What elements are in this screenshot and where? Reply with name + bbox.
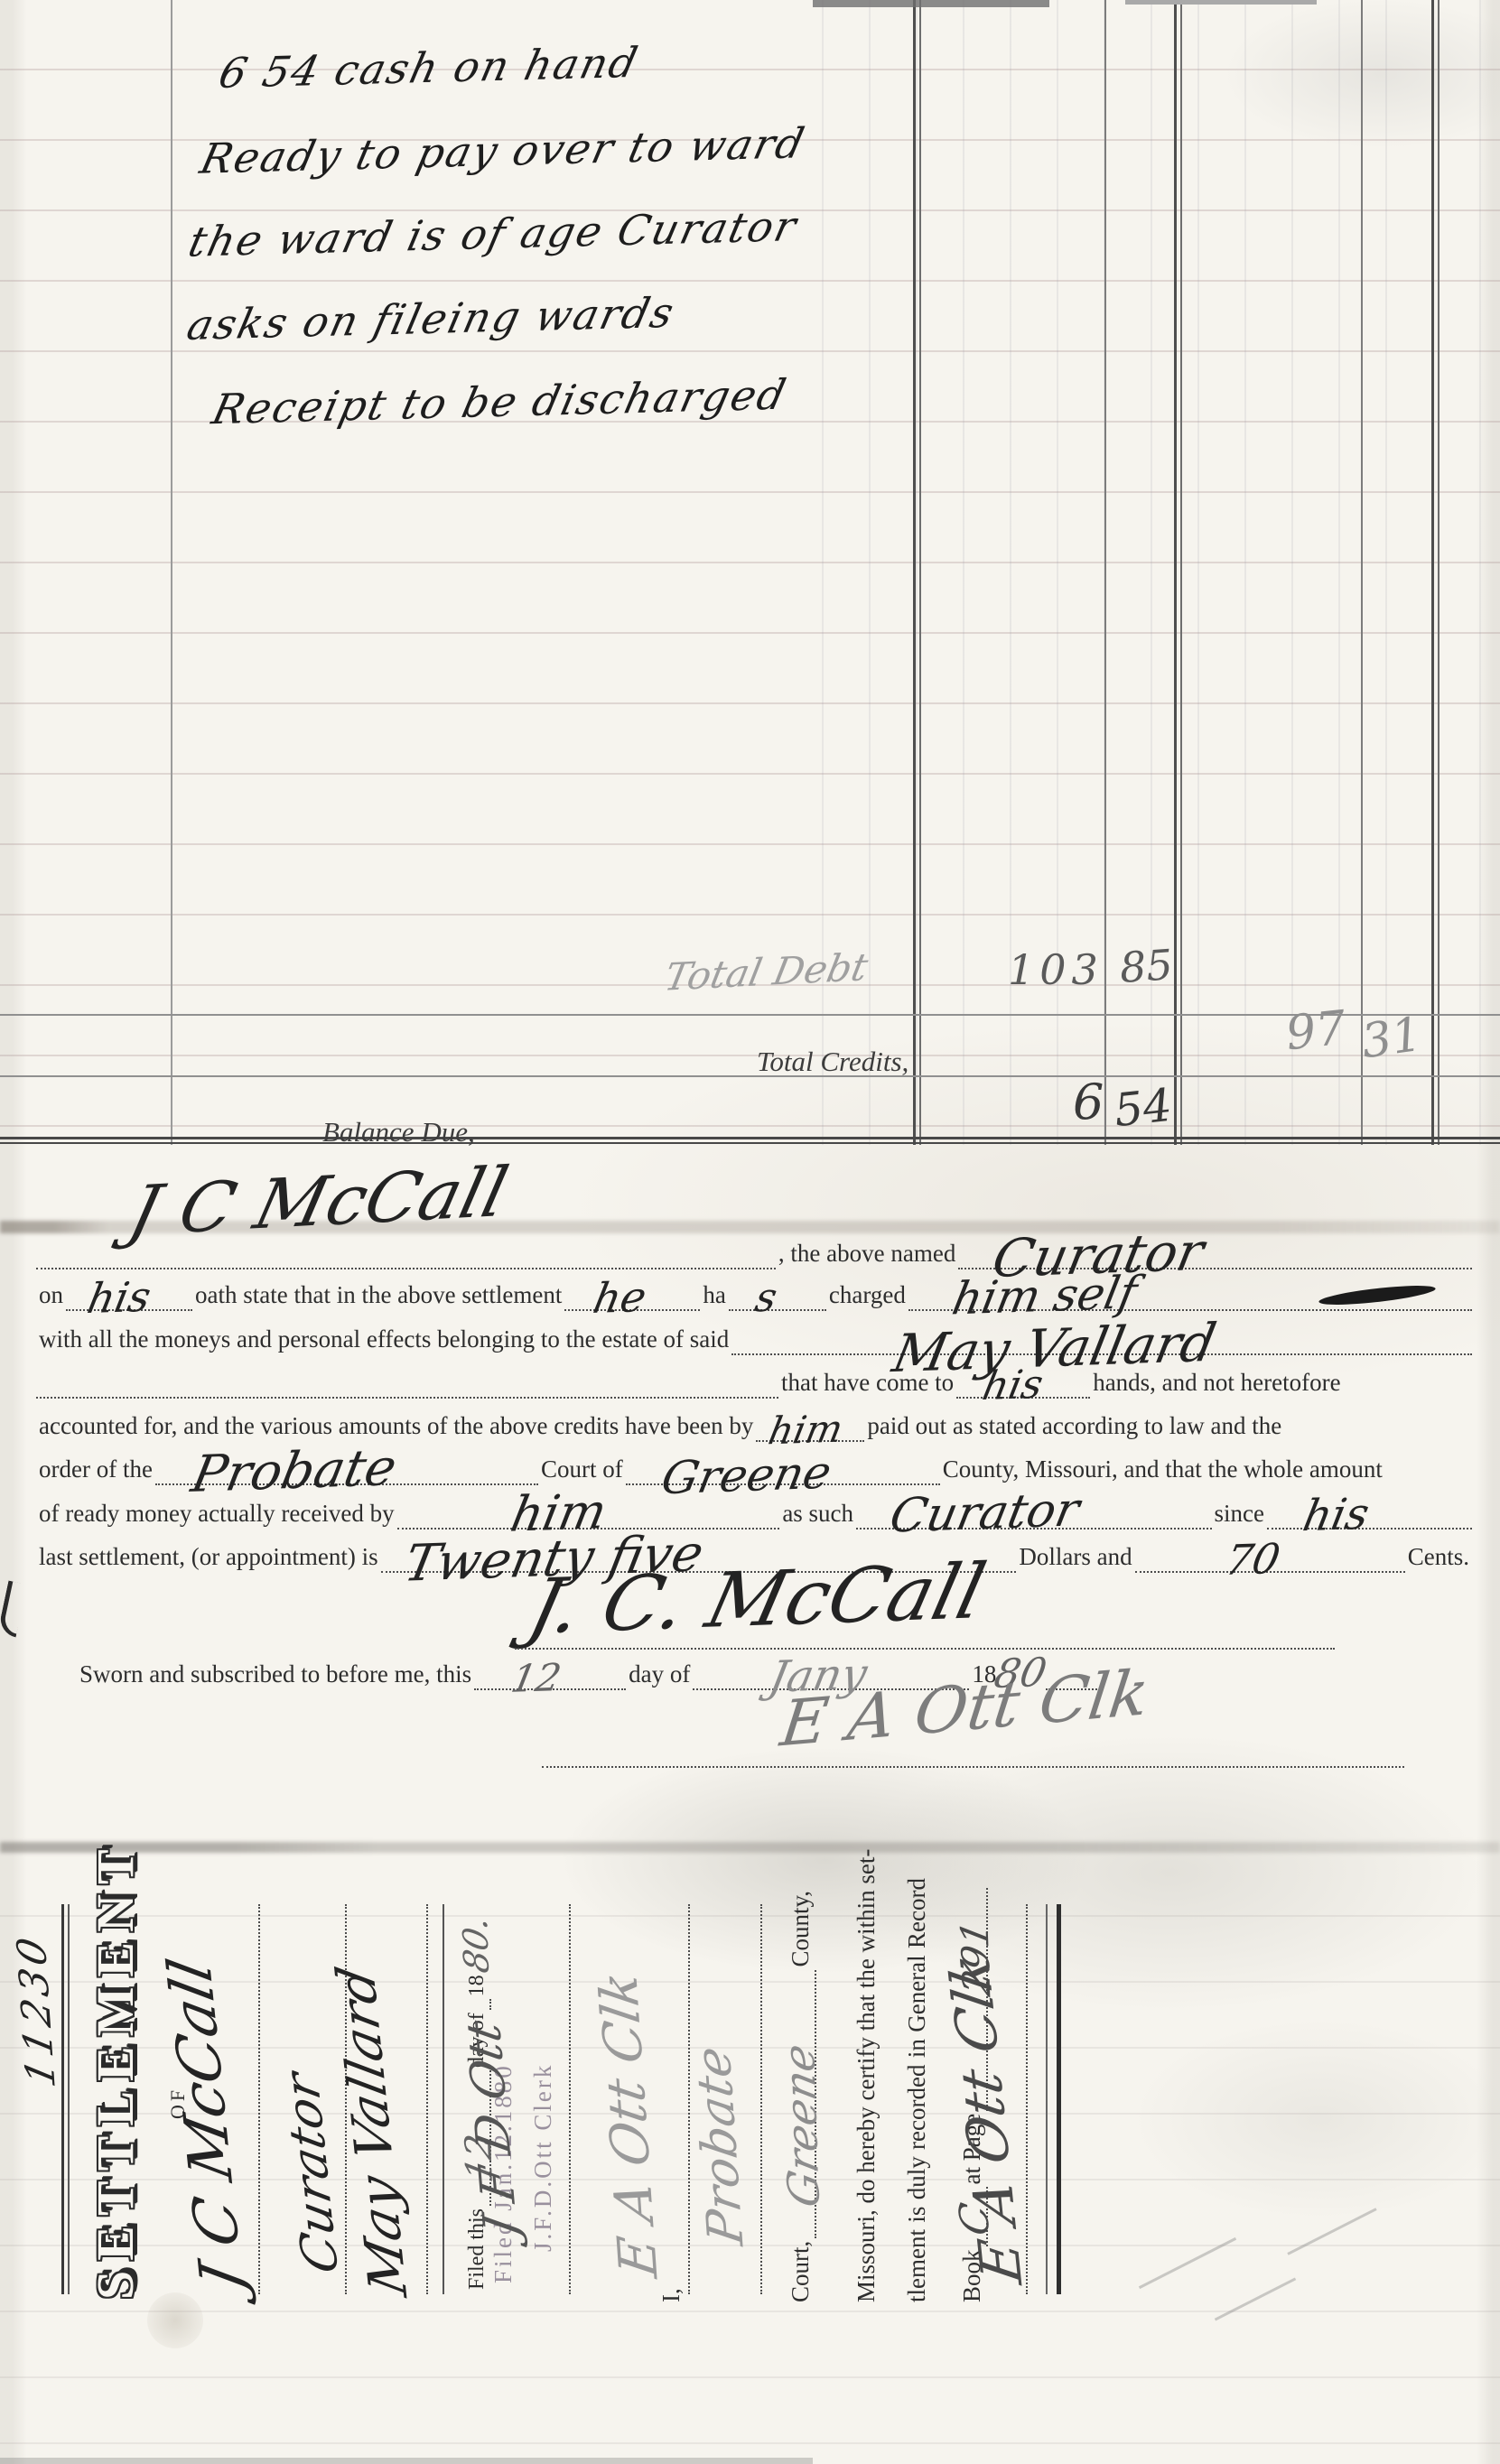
total-debt-dollars: 103: [1008, 955, 1104, 984]
handwritten-county: Greene: [783, 2041, 821, 2209]
handwritten-his: his: [86, 1280, 154, 1314]
form-line-4: that have come to his hands, and not her…: [36, 1366, 1472, 1399]
fill-line: May Vallard: [731, 1326, 1472, 1355]
clerk-stamp: J.F.D.Ott Clerk: [529, 2063, 557, 2252]
column-line: [1431, 0, 1434, 1145]
printed-text: oath state that in the above settlement: [192, 1281, 564, 1311]
balance-due-label: Balance Due,: [322, 1116, 475, 1148]
certification-text: Missouri, do hereby certify that the wit…: [852, 1875, 882, 2305]
affidavit-section: J C McCall , the above named Curator on …: [0, 1165, 1500, 1853]
printed-text: Court of: [538, 1455, 626, 1485]
filing-endorsement-panel: 11230 SETTLEMENT OF J C McCall Curator M…: [25, 1853, 1082, 2464]
printed-text: with all the moneys and personal effects…: [36, 1325, 731, 1355]
column-line: [919, 0, 921, 1145]
clerk-signature: E A Ott Clk: [778, 1671, 1151, 1747]
fill-line: he: [564, 1282, 700, 1311]
fill-line: s: [729, 1282, 826, 1311]
total-debt-label-handwritten: Total Debt: [663, 953, 870, 990]
printed-text: that have come to: [778, 1369, 956, 1399]
form-line-6: order of the Probate Court of Greene Cou…: [36, 1453, 1472, 1485]
scanned-settlement-document: 6 54 cash on hand Ready to pay over to w…: [0, 0, 1500, 2464]
panel-dotted-rule: [426, 1904, 428, 2294]
balance-due-cents: 54: [1113, 1090, 1173, 1127]
handwritten-his: his: [1300, 1498, 1371, 1532]
printed-text: Dollars and: [1016, 1543, 1134, 1573]
total-credits-label: Total Credits,: [757, 1046, 908, 1078]
printed-text: 18: [465, 1972, 491, 1999]
ledger-rule-double: [0, 1142, 1500, 1144]
fill-line: 12: [474, 1661, 626, 1690]
fill-line: him self: [908, 1282, 1472, 1311]
handwritten-his: his: [980, 1370, 1045, 1401]
court-county-line: Court, Greene County,: [782, 1888, 816, 2305]
filing-endorsement-rotated: 11230 SETTLEMENT OF J C McCall Curator M…: [25, 1853, 1082, 2464]
printed-text: since: [1212, 1500, 1267, 1530]
fill-line: [36, 1370, 778, 1399]
ink-blotch: [1318, 1281, 1437, 1309]
printed-text: of ready money actually received by: [36, 1500, 397, 1530]
handwritten-county-name: Greene: [659, 1455, 834, 1495]
column-line: [1104, 0, 1106, 1145]
printed-text: charged: [826, 1281, 908, 1311]
form-line-3: with all the moneys and personal effects…: [36, 1323, 1472, 1355]
handwritten-him: him: [508, 1493, 609, 1533]
balance-due-dollars: 6: [1073, 1085, 1104, 1120]
printed-text: hands, and not heretofore: [1090, 1369, 1343, 1399]
form-line-7: of ready money actually received by him …: [36, 1497, 1472, 1530]
fill-line: him: [397, 1501, 780, 1530]
printed-text: order of the: [36, 1455, 155, 1485]
printed-text: accounted for, and the various amounts o…: [36, 1412, 756, 1442]
court-name-scrawl: Probate: [696, 2045, 744, 2246]
ledger-rule: [0, 1014, 1500, 1016]
panel-dotted-rule: [1026, 1904, 1028, 2294]
handwritten-him: him: [766, 1414, 844, 1445]
fill-line: his: [66, 1282, 192, 1311]
signature-line: [542, 1766, 1404, 1768]
certifying-clerk-scrawl: E A Ott Clk: [600, 1970, 657, 2279]
handwritten-probate: Probate: [189, 1449, 399, 1494]
fill-line: [36, 1241, 776, 1269]
handwritten-cents: 70: [1224, 1542, 1283, 1576]
fill-line: his: [956, 1370, 1090, 1399]
panel-dotted-rule: [258, 1904, 260, 2294]
panel-end-rule-heavy: [1057, 1904, 1061, 2294]
round-stain: [147, 2292, 203, 2348]
printed-text: County, Missouri, and that the whole amo…: [940, 1455, 1385, 1485]
printed-text: on: [36, 1281, 66, 1311]
fill-line: 70: [1135, 1544, 1405, 1573]
panel-dotted-rule: [760, 1904, 762, 2294]
fill-line: Probate: [155, 1456, 538, 1485]
fill-line: Greene: [787, 1970, 816, 2238]
printed-text: Sworn and subscribed to before me, this: [77, 1660, 474, 1690]
panel-dotted-rule: [569, 1904, 571, 2294]
panel-rule-double: [61, 1904, 64, 2294]
handwritten-curator: Curator: [888, 1492, 1082, 1534]
signature-line: [515, 1648, 1335, 1650]
settlement-title: SETTLEMENT: [85, 1839, 145, 2300]
column-line: [1174, 0, 1177, 1145]
column-line: [1361, 0, 1363, 1145]
panel-rule-double: [68, 1904, 70, 2294]
panel-curator-signature: J C McCall: [170, 1957, 245, 2293]
form-line-5: accounted for, and the various amounts o…: [36, 1409, 1472, 1442]
column-line: [1180, 0, 1182, 1145]
panel-solid-rule: [443, 1904, 444, 2294]
printed-i-label: I,: [657, 2285, 687, 2305]
handwritten-he: he: [592, 1281, 649, 1314]
printed-text: Court,: [787, 2238, 816, 2305]
fill-line: Greene: [626, 1456, 940, 1485]
form-line-1: , the above named Curator: [36, 1237, 1472, 1269]
curator-name-signature: J C McCall: [126, 1167, 511, 1235]
docket-number: 11230: [18, 1931, 56, 2089]
margin-line: [171, 0, 172, 1145]
fill-line: his: [1267, 1501, 1472, 1530]
fill-line: [462, 1999, 491, 2010]
scan-edge-smudge: [813, 0, 1049, 7]
handwritten-him-self: him self: [949, 1276, 1139, 1316]
panel-ward-name: May Vallard: [338, 1965, 407, 2298]
column-line: [1438, 0, 1439, 1145]
printed-text: ha: [700, 1281, 728, 1311]
fill-line: him: [756, 1413, 864, 1442]
printed-text: as such: [779, 1500, 856, 1530]
column-line: [913, 0, 916, 1145]
certification-text: tlement is duly recorded in General Reco…: [903, 1875, 933, 2305]
printed-text: , the above named: [776, 1240, 958, 1269]
fill-line: Curator: [856, 1501, 1211, 1530]
printed-text: day of: [626, 1660, 693, 1690]
handwritten-day: 12: [509, 1663, 564, 1693]
total-credits-cents: 31: [1360, 1018, 1424, 1059]
scan-edge-smudge: [1125, 0, 1317, 5]
handwritten-s: s: [753, 1283, 779, 1314]
total-debt-cents: 85: [1119, 950, 1174, 982]
printed-text: County,: [787, 1888, 816, 1970]
form-line-2: on his oath state that in the above sett…: [36, 1278, 1472, 1311]
fill-line: Curator: [958, 1241, 1472, 1269]
printed-text: paid out as stated according to law and …: [864, 1412, 1284, 1442]
ledger-rule-double: [0, 1137, 1500, 1139]
panel-curator-title: Curator: [284, 2071, 339, 2275]
ledger-rule: [0, 1075, 1500, 1077]
printed-text: Cents.: [1405, 1543, 1472, 1573]
total-credits-dollars: 97: [1284, 1012, 1347, 1051]
handwritten-filed-year: 80.: [461, 1915, 489, 1975]
affiant-signature: J. C. McCall: [525, 1565, 989, 1633]
printed-text: last settlement, (or appointment) is: [36, 1543, 381, 1573]
filed-clerk-signature: J F D Ott: [468, 2019, 519, 2238]
panel-end-rule: [1046, 1904, 1048, 2294]
